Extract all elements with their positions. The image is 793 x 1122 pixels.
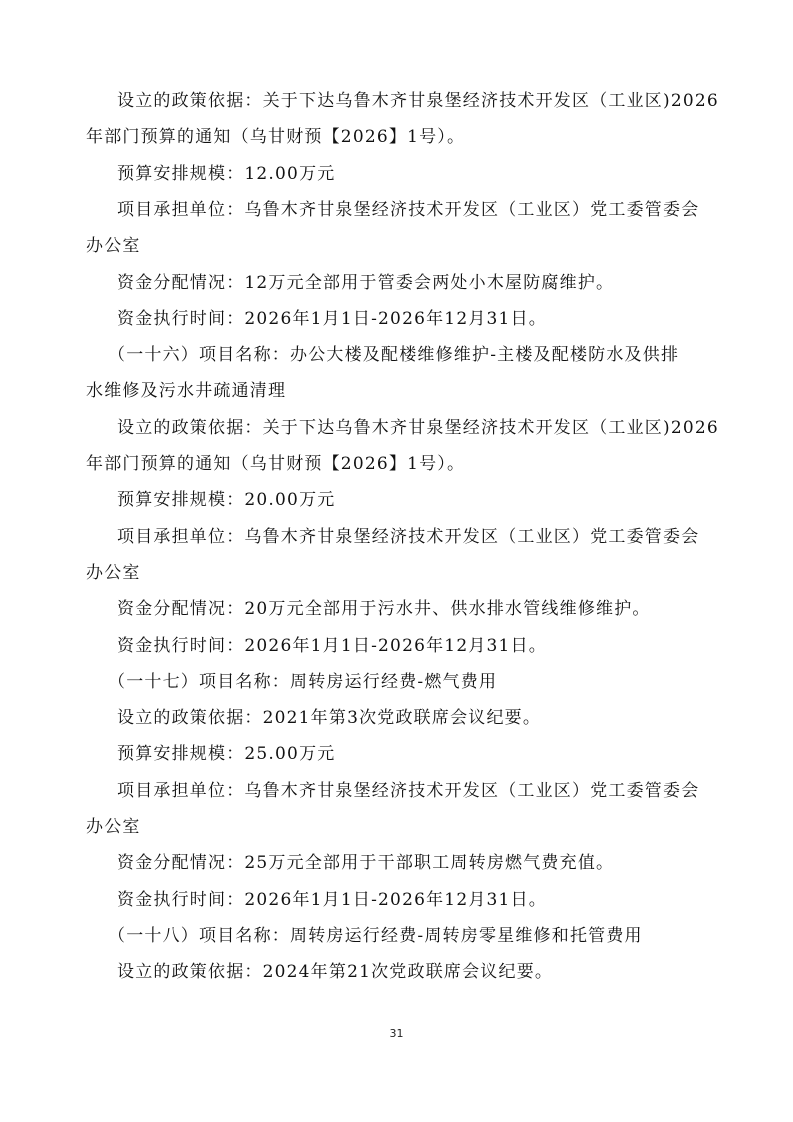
- execution-time-line: 资金执行时间：2026年1月1日-2026年12月31日。: [117, 890, 757, 910]
- budget-scale-line: 预算安排规模：25.00万元: [117, 744, 757, 764]
- responsible-unit-line: 项目承担单位：乌鲁木齐甘泉堡经济技术开发区（工业区）党工委管委会: [117, 527, 757, 547]
- budget-scale-line: 预算安排规模：20.00万元: [117, 490, 757, 510]
- fund-allocation-line: 资金分配情况：12万元全部用于管委会两处小木屋防腐维护。: [117, 273, 757, 293]
- policy-basis-cont: 年部门预算的通知（乌甘财预【2026】1号）。: [86, 454, 726, 474]
- document-page: 设立的政策依据：关于下达乌鲁木齐甘泉堡经济技术开发区（工业区)2026 年部门预…: [0, 0, 793, 1122]
- fund-allocation-line: 资金分配情况：20万元全部用于污水井、供水排水管线维修维护。: [117, 599, 757, 619]
- policy-basis-line: 设立的政策依据：关于下达乌鲁木齐甘泉堡经济技术开发区（工业区)2026: [117, 418, 757, 438]
- responsible-unit-cont: 办公室: [86, 817, 726, 837]
- responsible-unit-line: 项目承担单位：乌鲁木齐甘泉堡经济技术开发区（工业区）党工委管委会: [117, 781, 757, 801]
- responsible-unit-cont: 办公室: [86, 236, 726, 256]
- responsible-unit-cont: 办公室: [86, 563, 726, 583]
- responsible-unit-line: 项目承担单位：乌鲁木齐甘泉堡经济技术开发区（工业区）党工委管委会: [117, 200, 757, 220]
- project-heading-17: （一十七）项目名称：周转房运行经费-燃气费用: [108, 672, 748, 692]
- page-number: 31: [0, 1027, 793, 1040]
- policy-basis-cont: 年部门预算的通知（乌甘财预【2026】1号）。: [86, 127, 726, 147]
- execution-time-line: 资金执行时间：2026年1月1日-2026年12月31日。: [117, 636, 757, 656]
- fund-allocation-line: 资金分配情况：25万元全部用于干部职工周转房燃气费充值。: [117, 853, 757, 873]
- project-heading-18: （一十八）项目名称：周转房运行经费-周转房零星维修和托管费用: [108, 926, 748, 946]
- project-heading-16: （一十六）项目名称：办公大楼及配楼维修维护-主楼及配楼防水及供排: [108, 345, 748, 365]
- budget-scale-line: 预算安排规模：12.00万元: [117, 164, 757, 184]
- project-heading-16-cont: 水维修及污水井疏通清理: [86, 381, 726, 401]
- policy-basis-line: 设立的政策依据：2024年第21次党政联席会议纪要。: [117, 962, 757, 982]
- policy-basis-line: 设立的政策依据：关于下达乌鲁木齐甘泉堡经济技术开发区（工业区)2026: [117, 91, 757, 111]
- policy-basis-line: 设立的政策依据：2021年第3次党政联席会议纪要。: [117, 708, 757, 728]
- execution-time-line: 资金执行时间：2026年1月1日-2026年12月31日。: [117, 309, 757, 329]
